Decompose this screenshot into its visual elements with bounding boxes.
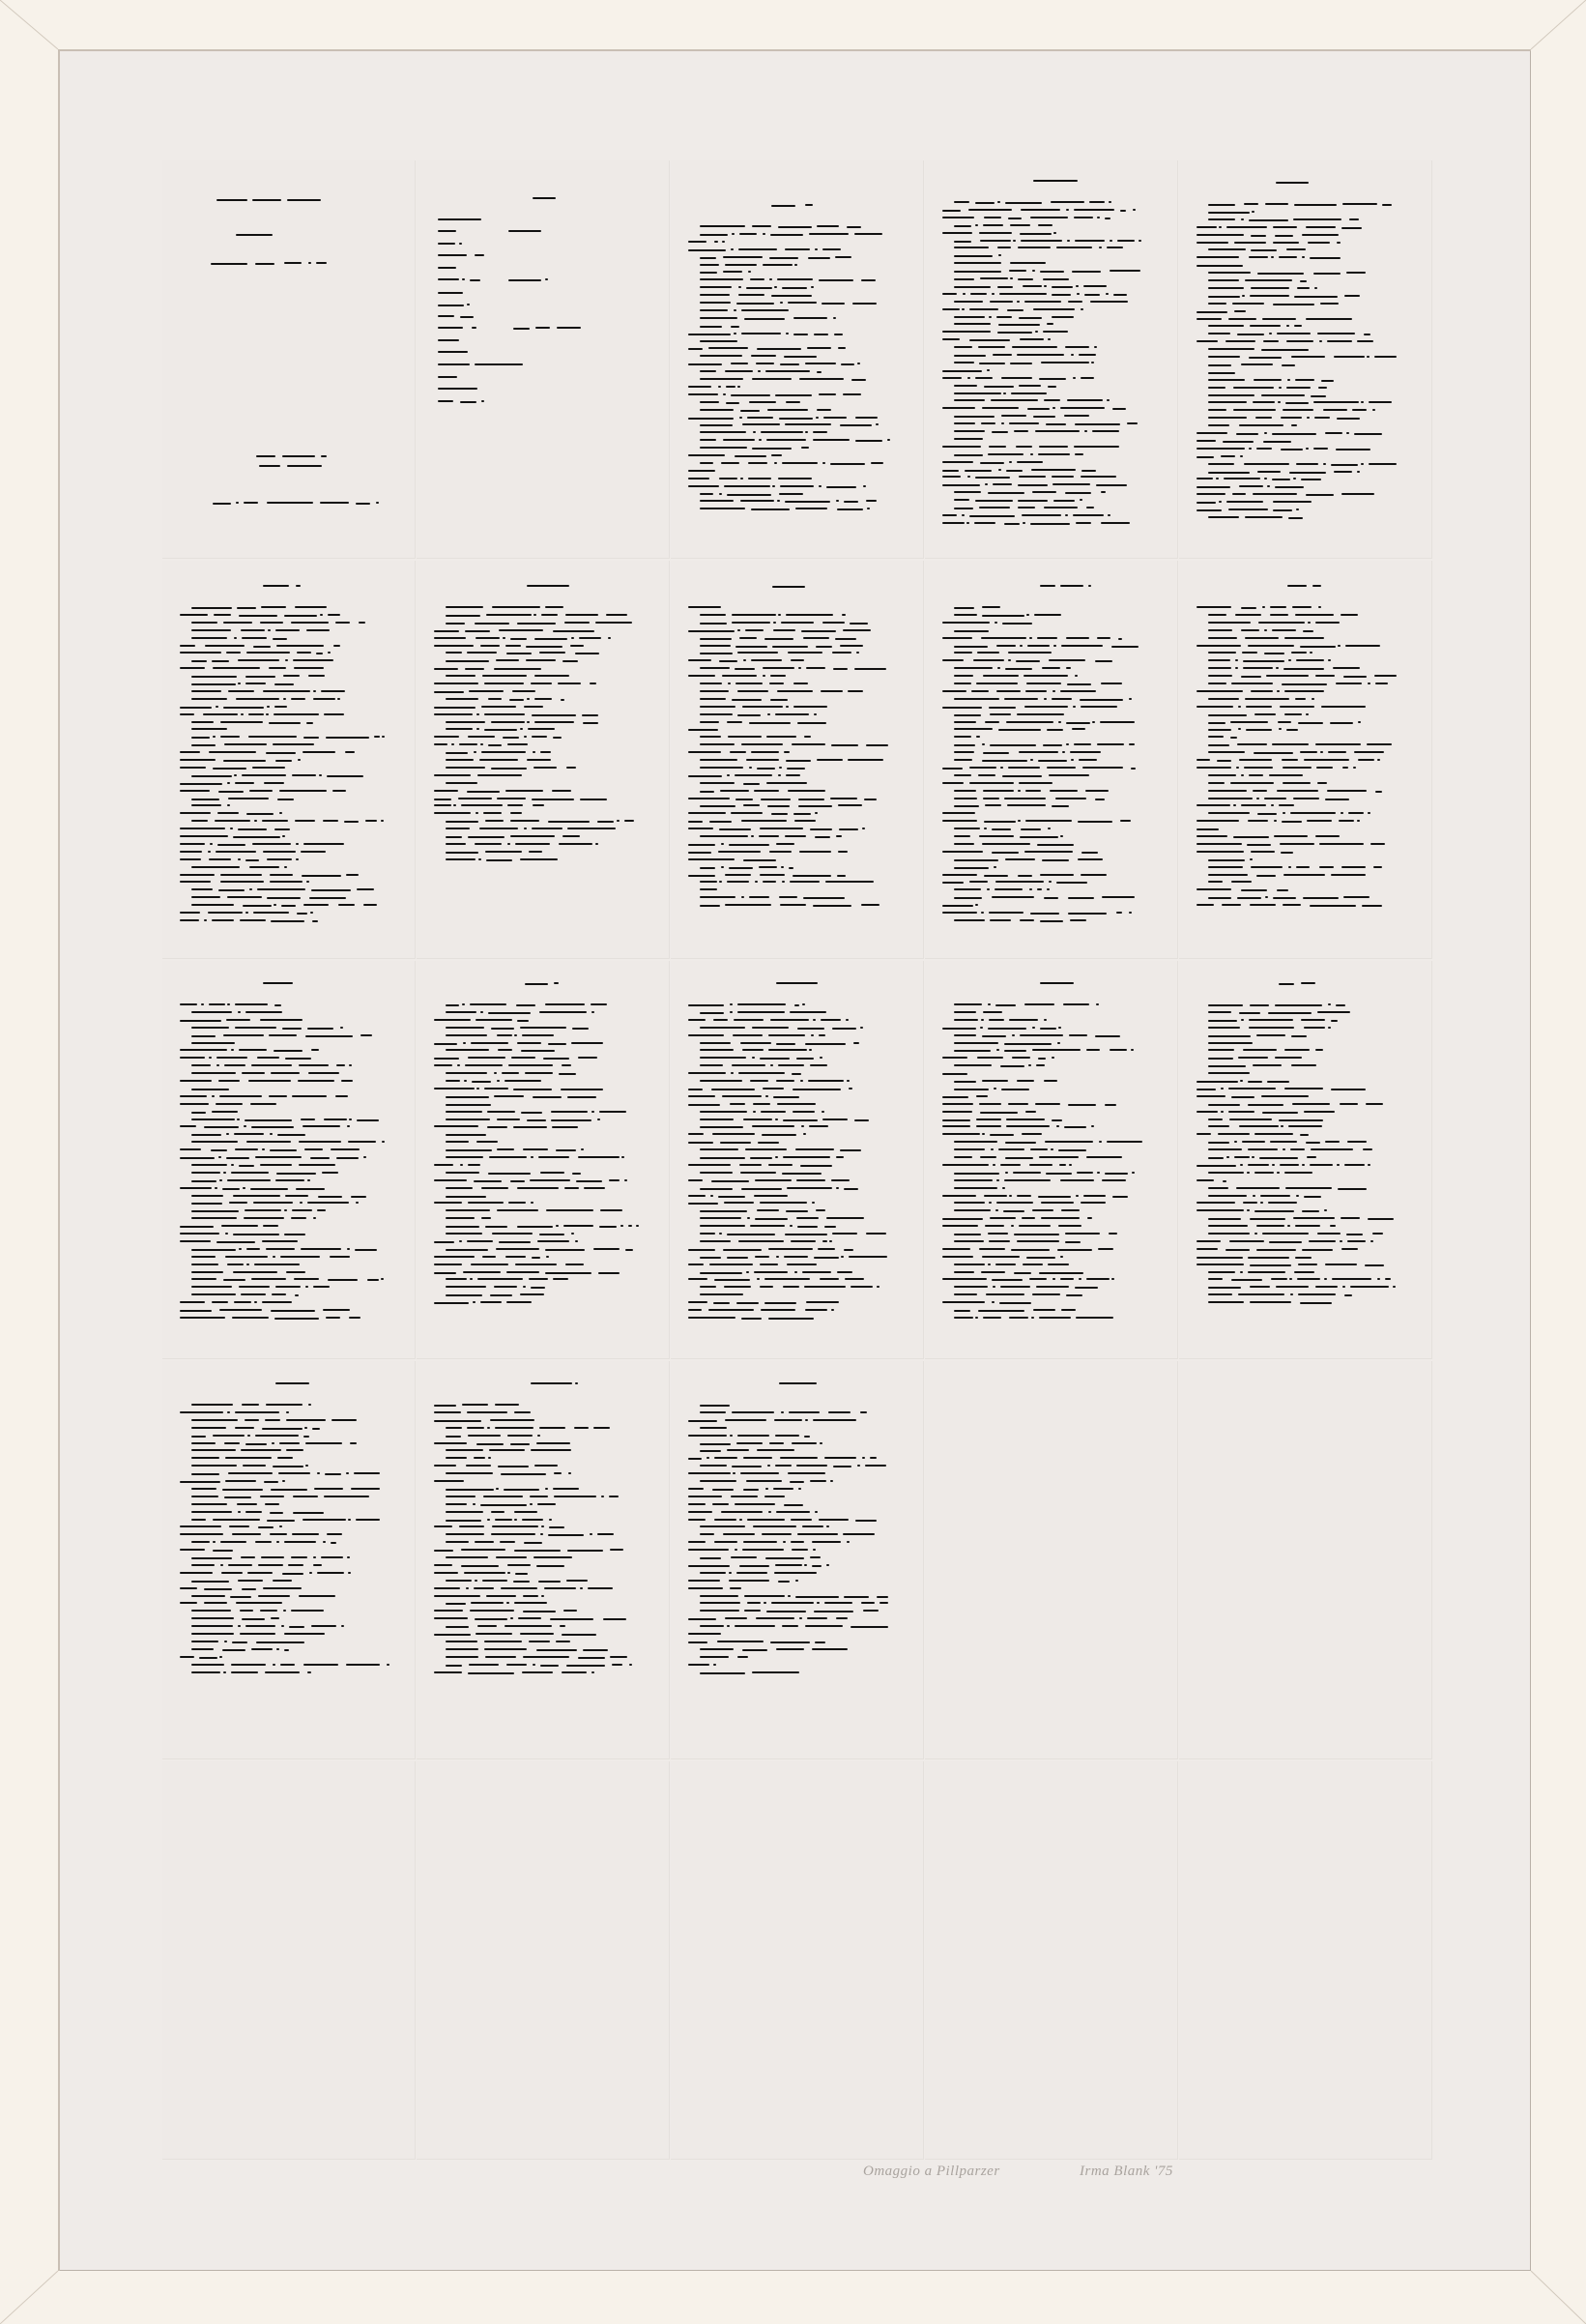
scribble-line (446, 675, 569, 678)
scribble-line (1208, 371, 1235, 374)
scribble-line (434, 1671, 587, 1674)
scribble-line (954, 385, 1056, 388)
scribble-line (700, 1042, 859, 1045)
scribble-line (191, 1404, 308, 1407)
scribble-line (446, 1133, 486, 1136)
scribble-line (180, 1225, 278, 1228)
scribble-line (700, 1442, 827, 1445)
scribble-line (180, 1587, 307, 1590)
scribble-line (180, 1103, 276, 1106)
scribble-line (700, 706, 832, 709)
scribble-line (446, 1472, 562, 1475)
scribble-line (700, 493, 803, 496)
scribble-line (688, 751, 790, 754)
scribble-line (942, 1248, 1119, 1251)
scribble-line (942, 1217, 1092, 1220)
scribble-line (1208, 1057, 1302, 1060)
scribble-line (1197, 310, 1246, 313)
scribble-line (688, 606, 725, 609)
scribble-line (954, 751, 1106, 754)
scribble-line (1208, 1233, 1383, 1235)
scribble-line (700, 225, 865, 228)
scribble-line (688, 1003, 799, 1006)
scribble-line (438, 327, 476, 330)
scribble-line (688, 1664, 721, 1667)
scribble-line (688, 1457, 877, 1460)
scribble-line (1208, 218, 1359, 221)
scribble-line (1208, 272, 1366, 275)
scribble-line (1208, 858, 1245, 861)
scribble-line (1197, 432, 1382, 435)
scribble-line (700, 370, 822, 373)
scribble-line (700, 1256, 888, 1259)
scribble-line (1197, 851, 1293, 854)
scribble-line (1197, 478, 1321, 480)
scribble-line (700, 233, 882, 236)
scribble-line (434, 1179, 620, 1182)
scribble-line (446, 1580, 591, 1583)
scribble-line (434, 1587, 613, 1590)
scribble-line (191, 1133, 307, 1136)
scribble-line (1208, 812, 1371, 815)
scribble-line (434, 667, 551, 670)
scribble-line (438, 243, 455, 246)
scribble-line (446, 1248, 633, 1251)
scribble-line (942, 232, 1053, 235)
scribble-line (191, 1641, 305, 1643)
scribble-line (942, 446, 1122, 449)
scribble-line (446, 1225, 632, 1228)
scribble-line (954, 866, 989, 869)
scribble-line (942, 1027, 1069, 1030)
scribble-line (700, 409, 831, 412)
scribble-line (1208, 1187, 1367, 1190)
scribble-line (942, 1072, 967, 1075)
scribble-line (1197, 256, 1345, 259)
scribble-line (1033, 180, 1079, 183)
scribble-line (180, 614, 340, 617)
scribble-line (1208, 1042, 1259, 1045)
scribble-line (1197, 767, 1348, 770)
scribble-line (434, 1057, 597, 1060)
scribble-line (700, 1271, 853, 1274)
scribble-line (180, 1533, 342, 1536)
grid-cell (925, 1761, 1178, 2160)
scribble-line (180, 1525, 274, 1528)
scribble-line (1208, 248, 1306, 251)
scribble-line (508, 278, 541, 281)
scribble-line (954, 721, 1135, 724)
scribble-line (446, 1209, 624, 1212)
scribble-line (438, 278, 480, 281)
scribble-line (446, 1003, 607, 1006)
scribble-line (191, 637, 287, 640)
scribble-line (700, 804, 862, 807)
scribble-line (446, 1195, 486, 1198)
scribble-line (1208, 295, 1360, 298)
scribble-line (191, 1217, 320, 1220)
scribble-line (446, 1156, 631, 1159)
scribble-line (191, 1488, 380, 1491)
asemic-page (671, 160, 925, 561)
scribble-line (191, 1034, 372, 1037)
scribble-line (700, 614, 846, 617)
scribble-line (700, 790, 825, 793)
scribble-line (180, 1049, 319, 1052)
scribble-line (700, 1187, 859, 1190)
scribble-line (954, 614, 1061, 617)
scribble-line (954, 645, 1139, 648)
scribble-line (1208, 881, 1252, 884)
scribble-line (1208, 1141, 1375, 1144)
scribble-line (446, 1556, 575, 1559)
scribble-line (954, 1209, 1080, 1212)
scribble-line (446, 606, 563, 609)
scribble-line (954, 430, 1122, 433)
scribble-line (688, 851, 848, 854)
scribble-line (954, 224, 1053, 227)
scribble-line (700, 309, 789, 312)
scribble-line (434, 713, 598, 716)
scribble-line (942, 331, 1068, 334)
scribble-line (191, 1248, 377, 1251)
scribble-line (954, 713, 1074, 716)
scribble-line (942, 912, 1122, 915)
scribble-line (1197, 1256, 1312, 1259)
scribble-line (700, 743, 888, 746)
scribble-line (446, 1488, 584, 1491)
asemic-page (925, 961, 1179, 1361)
scribble-line (434, 1442, 572, 1445)
scribble-line (954, 728, 1085, 731)
scribble-line (434, 736, 562, 739)
asemic-page (671, 961, 925, 1361)
scribble-line (180, 706, 287, 709)
scribble-line (942, 338, 1044, 341)
scribble-line (191, 888, 375, 891)
scribble-line (942, 522, 1130, 525)
scribble-line (942, 622, 1032, 625)
grid-cell (162, 1761, 416, 2160)
scribble-line (1208, 790, 1382, 793)
scribble-line (446, 1541, 542, 1544)
scribble-line (191, 804, 221, 807)
scribble-line (446, 1233, 564, 1235)
grid-cell (417, 1761, 670, 2160)
scribble-line (191, 1503, 279, 1506)
scribble-line (954, 507, 1094, 509)
scribble-line (527, 585, 570, 588)
scribble-line (688, 1472, 825, 1475)
scribble-line (942, 209, 1126, 212)
scribble-line (434, 1480, 464, 1483)
scribble-line (700, 667, 887, 670)
scribble-line (446, 843, 592, 846)
scribble-line (772, 585, 811, 588)
scribble-line (1208, 1148, 1372, 1151)
scribble-line (191, 1465, 316, 1467)
grid-cell (1179, 1361, 1432, 1759)
scribble-line (688, 248, 841, 251)
scribble-line (954, 736, 980, 739)
scribble-line (942, 1225, 1081, 1228)
scribble-line (700, 1293, 743, 1296)
scribble-line (688, 1580, 790, 1583)
scribble-line (700, 447, 809, 450)
scribble-line (700, 355, 821, 358)
scribble-line (688, 1019, 853, 1022)
scribble-line (942, 851, 1098, 854)
scribble-line (1208, 1278, 1391, 1281)
scribble-line (1208, 333, 1370, 335)
scribble-line (954, 858, 1103, 861)
scribble-line (954, 1202, 1106, 1205)
scribble-line (191, 1427, 320, 1430)
scribble-line (688, 1264, 817, 1266)
asemic-page (417, 160, 671, 561)
scribble-line (525, 982, 559, 985)
scribble-line (954, 828, 1054, 830)
scribble-line (700, 264, 793, 267)
scribble-line (700, 1610, 879, 1612)
scribble-line (688, 1633, 721, 1636)
scribble-line (1208, 356, 1397, 359)
scribble-line (446, 1072, 576, 1075)
scribble-line (700, 1240, 827, 1243)
scribble-line (688, 1278, 868, 1281)
scribble-line (446, 1148, 584, 1151)
scribble-line (446, 1449, 571, 1452)
scribble-line (180, 1057, 311, 1060)
scribble-line (434, 1404, 523, 1407)
scribble-line (954, 606, 1000, 609)
scribble-line (700, 721, 832, 724)
scribble-line (180, 1480, 278, 1483)
scribble-line (1208, 463, 1397, 466)
scribble-line (688, 1496, 792, 1498)
scribble-line (700, 1602, 888, 1605)
scribble-line (191, 1072, 339, 1075)
asemic-page (162, 961, 417, 1361)
scribble-line (688, 798, 877, 800)
scribble-line (700, 1118, 869, 1121)
scribble-line (191, 1580, 292, 1583)
scribble-line (954, 354, 1096, 357)
scribble-line (180, 835, 293, 838)
scribble-line (180, 1148, 360, 1151)
scribble-line (954, 1309, 1076, 1312)
scribble-line (688, 386, 735, 389)
scribble-line (180, 843, 347, 846)
asemic-page (925, 561, 1179, 961)
scribble-line (434, 1042, 603, 1045)
scribble-line (779, 1382, 816, 1385)
scribble-line (434, 1549, 626, 1552)
scribble-line (1197, 1264, 1384, 1266)
scribble-line (191, 1042, 235, 1045)
inscription-signature: Irma Blank '75 (1080, 2164, 1173, 2180)
scribble-line (954, 323, 1053, 326)
scribble-line (180, 667, 324, 670)
scribble-line (191, 1556, 357, 1559)
scribble-line (1208, 325, 1302, 328)
scribble-line (1208, 203, 1392, 206)
scribble-line (191, 1293, 299, 1296)
scribble-line (446, 728, 555, 731)
scribble-line (688, 1141, 786, 1144)
scribble-line (688, 1248, 853, 1251)
scribble-line (475, 363, 533, 366)
scribble-line (446, 1435, 533, 1438)
scribble-line (954, 798, 1105, 800)
scribble-line (688, 728, 718, 731)
scribble-line (1197, 904, 1382, 907)
scribble-line (1197, 820, 1354, 823)
scribble-line (180, 1187, 329, 1190)
scribble-line (263, 982, 300, 985)
scribble-line (1208, 303, 1339, 305)
scribble-line (191, 743, 322, 746)
scribble-line (1197, 234, 1339, 237)
scribble-line (1208, 698, 1306, 701)
scribble-line (688, 363, 854, 365)
scribble-line (446, 622, 632, 625)
scribble-line (1197, 804, 1294, 807)
scribble-line (446, 1103, 498, 1106)
scribble-line (434, 1064, 571, 1067)
scribble-line (180, 1003, 282, 1006)
asemic-page (417, 561, 671, 961)
scribble-line (191, 1195, 377, 1198)
scribble-line (1197, 606, 1322, 609)
scribble-line (1208, 1195, 1321, 1198)
scribble-line (191, 1472, 380, 1475)
scribble-line (700, 1533, 877, 1536)
scribble-line (191, 1449, 303, 1452)
scribble-line (1287, 585, 1322, 588)
scribble-line (446, 1217, 491, 1220)
scribble-line (180, 645, 340, 648)
scribble-line (954, 675, 1074, 678)
scribble-line (191, 1648, 289, 1651)
scribble-line (531, 1382, 572, 1385)
scribble-line (954, 316, 1074, 319)
scribble-line (700, 1648, 860, 1651)
scribble-line (438, 339, 459, 342)
scribble-line (688, 1103, 824, 1106)
scribble-line (180, 1095, 348, 1098)
scribble-line (700, 1625, 888, 1628)
scribble-line (259, 465, 323, 468)
scribble-line (942, 1111, 1036, 1114)
scribble-line (954, 1179, 1128, 1182)
scribble-line (942, 308, 1075, 311)
scribble-line (700, 286, 814, 289)
scribble-line (438, 315, 474, 318)
scribble-line (434, 1595, 538, 1598)
scribble-line (688, 1317, 819, 1320)
scribble-line (942, 217, 1110, 219)
scribble-line (1208, 1118, 1323, 1121)
scribble-line (954, 362, 1097, 364)
scribble-line (700, 896, 850, 899)
scribble-line (446, 1286, 545, 1289)
scribble-line (942, 706, 1120, 709)
scribble-line (700, 1111, 815, 1114)
scribble-line (191, 1286, 330, 1289)
scribble-line (688, 1202, 810, 1205)
scribble-line (700, 1525, 824, 1528)
scribble-line (954, 254, 1001, 257)
scribble-line (688, 675, 791, 678)
scribble-line (1208, 417, 1360, 420)
scribble-line (446, 698, 564, 701)
scribble-line (446, 1293, 544, 1296)
scribble-line (446, 1519, 543, 1522)
inscription-title: Omaggio a Pillparzer (863, 2164, 1000, 2180)
scribble-line (700, 835, 842, 838)
scribble-line (446, 721, 598, 724)
scribble-line (942, 820, 1131, 823)
scribble-line (954, 499, 1075, 502)
scribble-line (1208, 1286, 1389, 1289)
scribble-line (180, 652, 323, 654)
scribble-line (191, 1617, 279, 1620)
scribble-line (942, 1133, 1042, 1136)
scribble-line (954, 1148, 1086, 1151)
scribble-line (700, 736, 811, 739)
scribble-line (1197, 318, 1357, 321)
scribble-line (942, 874, 1107, 877)
scribble-line (954, 1271, 1083, 1274)
scribble-line (191, 1442, 357, 1445)
scribble-line (1208, 675, 1397, 678)
scribble-line (438, 376, 457, 379)
scribble-line (438, 267, 456, 270)
scribble-line (446, 851, 542, 854)
scribble-line (700, 340, 740, 343)
scribble-line (688, 1034, 825, 1037)
scribble-line (700, 683, 808, 685)
scribble-line (180, 1572, 348, 1575)
scribble-line (191, 1179, 304, 1182)
scribble-line (446, 1511, 539, 1514)
scribble-line (700, 652, 867, 654)
scribble-line (700, 698, 788, 701)
scribble-line (942, 407, 1126, 410)
scribble-line (191, 1671, 311, 1674)
scribble-line (1208, 363, 1295, 366)
scribble-line (191, 1625, 336, 1628)
scribble-line (688, 774, 800, 777)
scribble-line (446, 1141, 498, 1144)
scribble-line (1197, 340, 1373, 343)
scribble-line (180, 713, 344, 716)
scribble-line (191, 798, 294, 800)
scribble-line (1197, 888, 1288, 891)
scribble-line (954, 1034, 1120, 1037)
scribble-line (180, 812, 277, 815)
scribble-line (688, 393, 861, 396)
scribble-line (700, 1411, 867, 1414)
scribble-line (954, 1293, 1082, 1296)
scribble-line (434, 812, 522, 815)
scribble-line (1197, 1240, 1366, 1243)
scribble-line (954, 774, 1096, 777)
scribble-line (954, 277, 1075, 280)
scribble-line (688, 629, 880, 632)
scribble-line (438, 400, 476, 403)
